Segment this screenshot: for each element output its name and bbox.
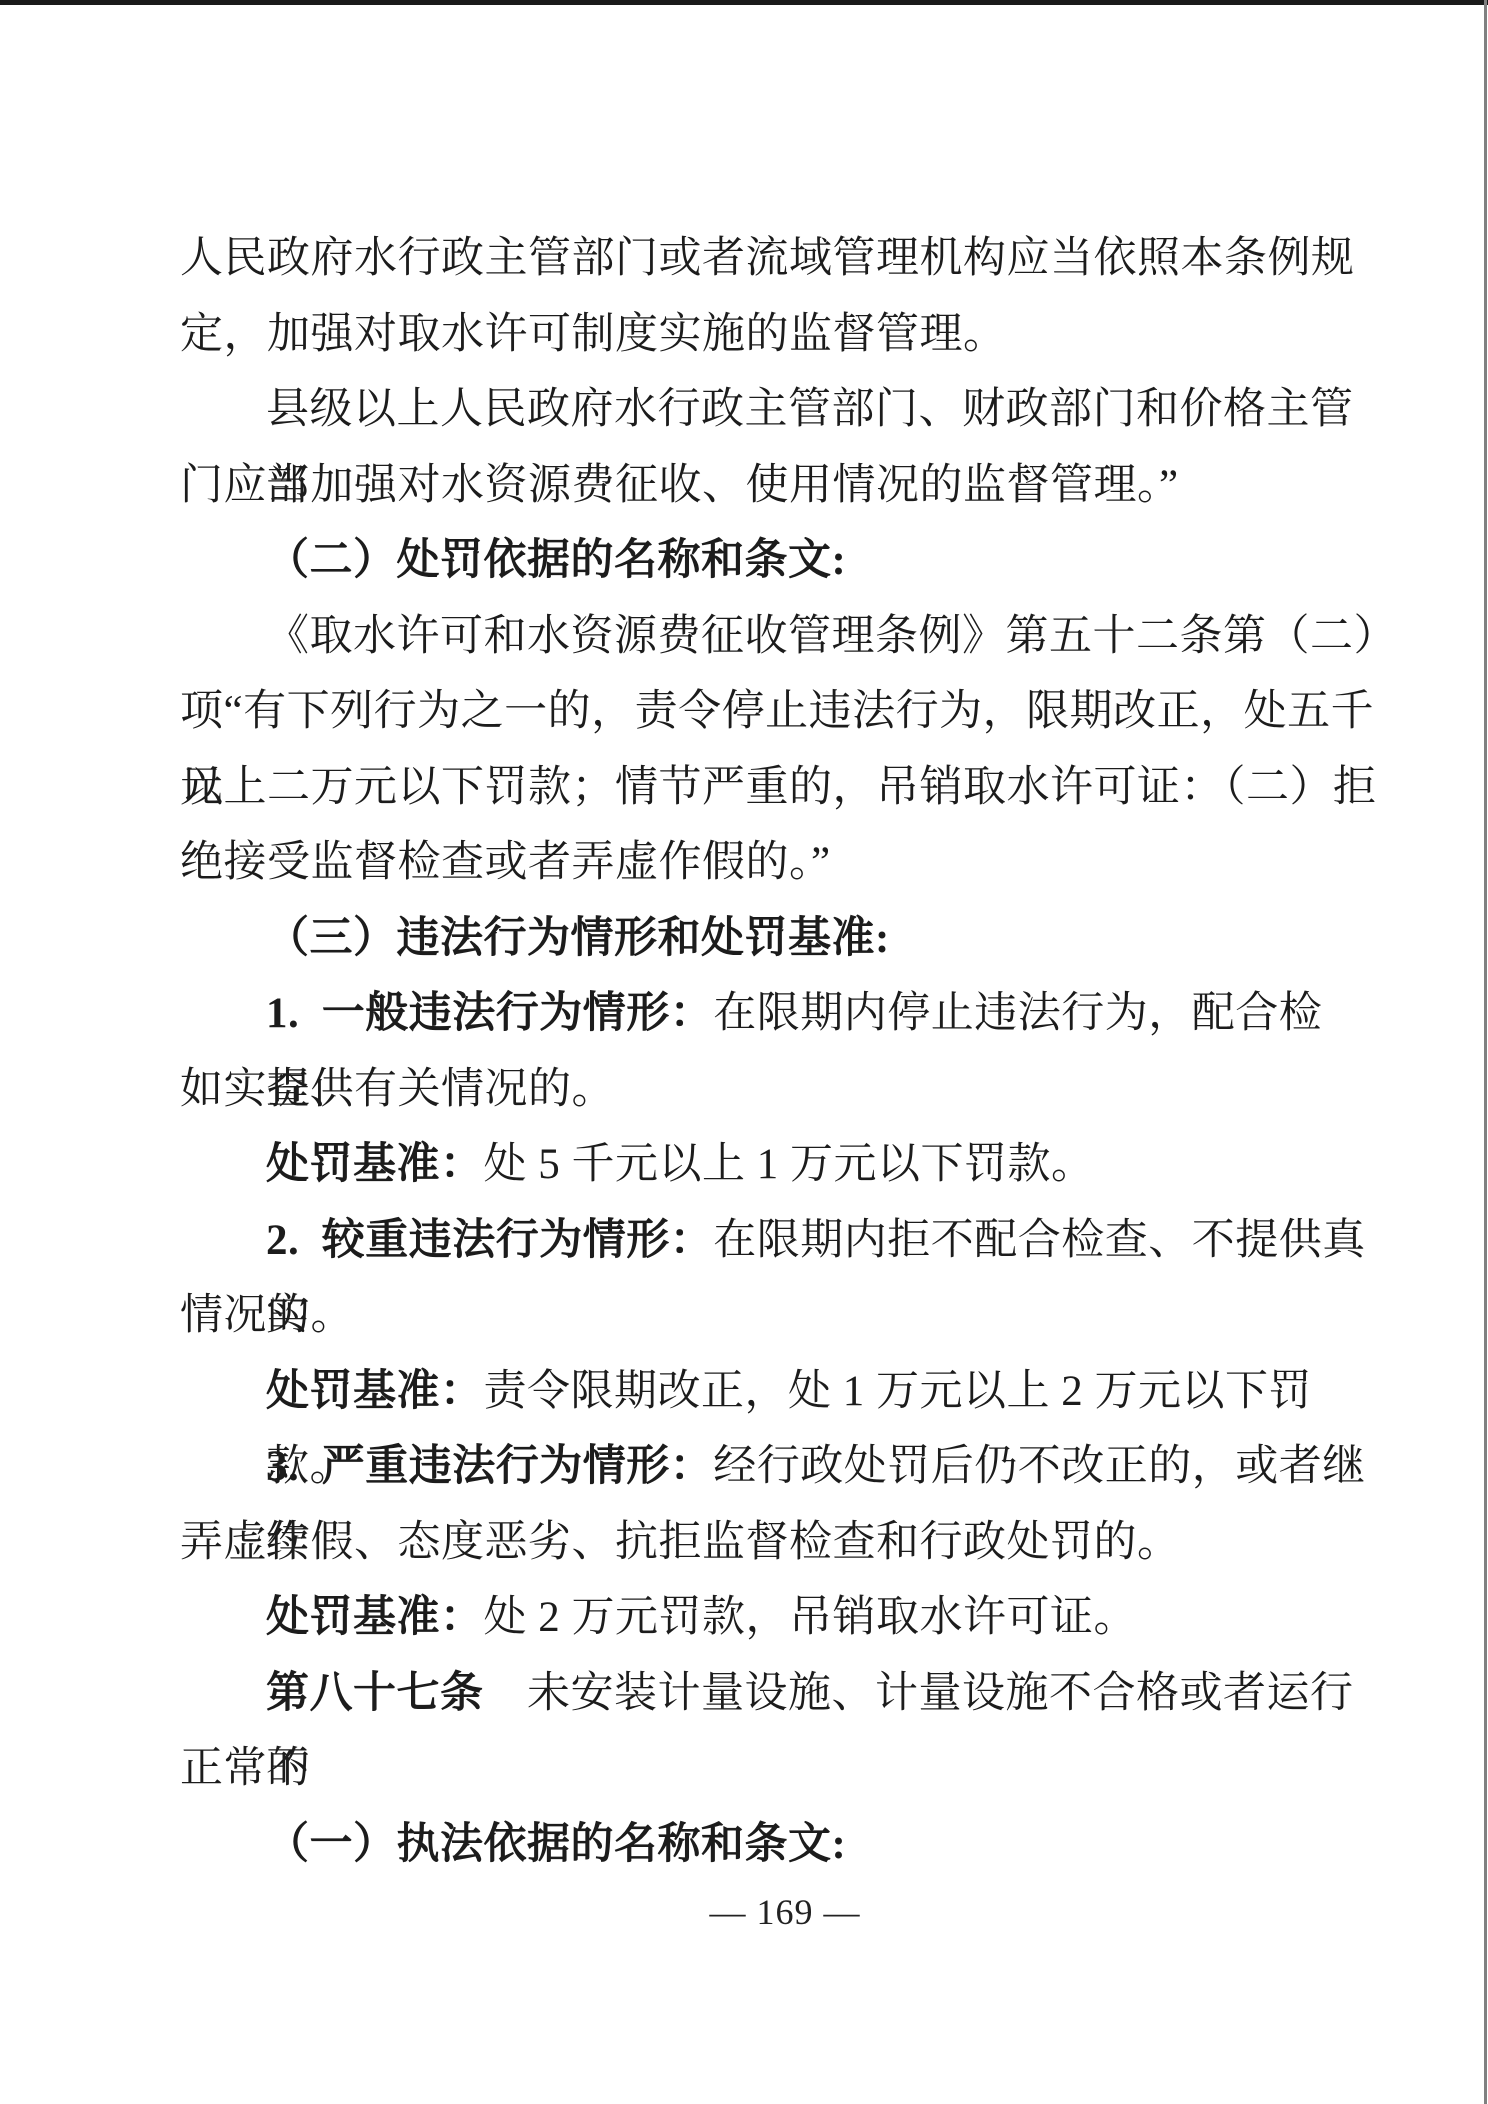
text-line-heading: （一）执法依据的名称和条文: (180, 1807, 1390, 1883)
text-line: 人民政府水行政主管部门或者流域管理机构应当依照本条例规 (180, 221, 1390, 297)
text-line: 门应当加强对水资源费征收、使用情况的监督管理。” (180, 448, 1390, 524)
text-line-lead: （三）违法行为情形和处罚基准: (266, 915, 890, 962)
text-line: 处罚基准：责令限期改正，处 1 万元以上 2 万元以下罚款。 (180, 1354, 1390, 1430)
text-line: 以上二万元以下罚款；情节严重的，吊销取水许可证：（二）拒 (180, 750, 1390, 826)
text-line: 如实提供有关情况的。 (180, 1052, 1390, 1128)
text-line-rest: 如实提供有关情况的。 (180, 1066, 615, 1113)
text-line-rest: 门应当加强对水资源费征收、使用情况的监督管理。” (180, 462, 1179, 509)
text-line: 《取水许可和水资源费征收管理条例》第五十二条第（二） (180, 599, 1390, 675)
text-line-lead: 3. 严重违法行为情形： (266, 1443, 713, 1490)
text-line-heading: （二）处罚依据的名称和条文: (180, 523, 1390, 599)
text-line-rest: 绝接受监督检查或者弄虚作假的。” (180, 839, 831, 886)
text-line-lead: 处罚基准： (266, 1594, 484, 1641)
text-line-heading: （三）违法行为情形和处罚基准: (180, 901, 1390, 977)
text-line-lead: （二）处罚依据的名称和条文: (266, 537, 846, 584)
text-line-rest: 处 2 万元罚款，吊销取水许可证。 (484, 1594, 1138, 1641)
page-top-border (0, 0, 1488, 5)
text-line-lead: 处罚基准： (266, 1141, 484, 1188)
text-line-rest: 正常的 (180, 1745, 311, 1792)
text-line: 第八十七条 未安装计量设施、计量设施不合格或者运行不 (180, 1656, 1390, 1732)
text-line-lead: 第八十七条 (266, 1670, 484, 1717)
text-line-rest: 处 5 千元以上 1 万元以下罚款。 (484, 1141, 1095, 1188)
text-line-rest: 定，加强对取水许可制度实施的监督管理。 (180, 311, 1007, 358)
text-line: 情况的。 (180, 1278, 1390, 1354)
text-line-lead: （一）执法依据的名称和条文: (266, 1821, 846, 1868)
text-line: 定，加强对取水许可制度实施的监督管理。 (180, 297, 1390, 373)
text-line: 处罚基准：处 2 万元罚款，吊销取水许可证。 (180, 1580, 1390, 1656)
text-line-rest: 以上二万元以下罚款；情节严重的，吊销取水许可证：（二）拒 (180, 764, 1377, 811)
page-number: — 169 — (180, 1890, 1390, 1934)
text-line-lead: 处罚基准： (266, 1368, 484, 1415)
text-line-lead: 2. 较重违法行为情形： (266, 1217, 713, 1264)
text-line: 正常的 (180, 1731, 1390, 1807)
page-right-border (1484, 0, 1487, 2104)
text-line-rest: 《取水许可和水资源费征收管理条例》第五十二条第（二） (266, 613, 1397, 660)
text-line: 2. 较重违法行为情形：在限期内拒不配合检查、不提供真实 (180, 1203, 1390, 1279)
text-line: 项“有下列行为之一的，责令停止违法行为，限期改正，处五千元 (180, 674, 1390, 750)
text-line: 处罚基准：处 5 千元以上 1 万元以下罚款。 (180, 1127, 1390, 1203)
text-line-lead: 1. 一般违法行为情形： (266, 990, 713, 1037)
text-line: 绝接受监督检查或者弄虚作假的。” (180, 825, 1390, 901)
text-line: 1. 一般违法行为情形：在限期内停止违法行为，配合检查、 (180, 976, 1390, 1052)
document-body: 人民政府水行政主管部门或者流域管理机构应当依照本条例规 定，加强对取水许可制度实… (180, 221, 1390, 1882)
text-line-rest: 弄虚作假、态度恶劣、抗拒监督检查和行政处罚的。 (180, 1519, 1181, 1566)
text-line-rest: 情况的。 (180, 1292, 354, 1339)
text-line: 3. 严重违法行为情形：经行政处罚后仍不改正的，或者继续 (180, 1429, 1390, 1505)
text-line-rest: 人民政府水行政主管部门或者流域管理机构应当依照本条例规 (180, 235, 1355, 282)
text-line: 县级以上人民政府水行政主管部门、财政部门和价格主管部 (180, 372, 1390, 448)
document-page: 人民政府水行政主管部门或者流域管理机构应当依照本条例规 定，加强对取水许可制度实… (0, 0, 1488, 2104)
text-line: 弄虚作假、态度恶劣、抗拒监督检查和行政处罚的。 (180, 1505, 1390, 1581)
